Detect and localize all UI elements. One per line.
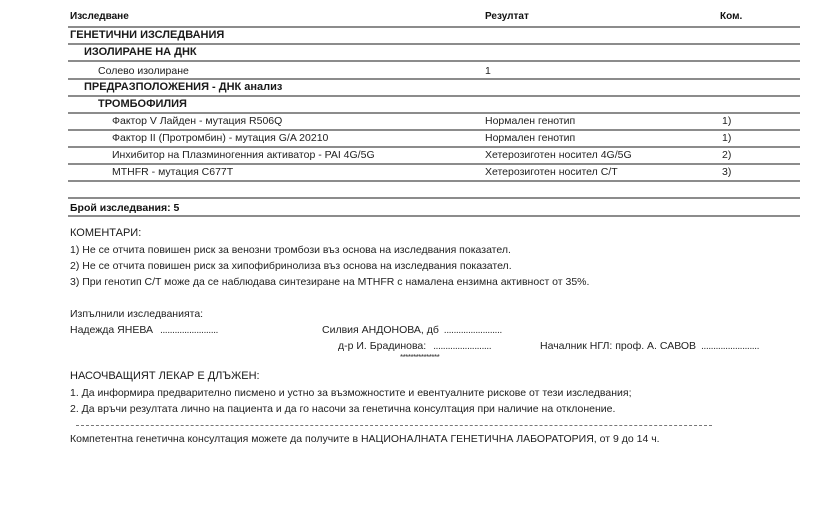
- table-row-result: 1: [485, 65, 491, 77]
- table-row-comment: 1): [722, 115, 731, 127]
- table-row-test: Фактор V Лайден - мутация R506Q: [112, 115, 282, 127]
- divider: [68, 112, 800, 114]
- comment-item: 1) Не се отчита повишен риск за венозни …: [70, 244, 511, 256]
- lab-head-name: Началник НГЛ: проф. А. САВОВ: [540, 340, 696, 352]
- table-row-subsection: ПРЕДРАЗПОЛОЖЕНИЯ - ДНК анализ: [84, 81, 282, 93]
- divider: [68, 129, 800, 131]
- doctor-item: 2. Да връчи резултата лично на пациента …: [70, 403, 615, 415]
- dashed-separator: [76, 425, 712, 426]
- table-row-comment: 1): [722, 132, 731, 144]
- divider: [68, 78, 800, 80]
- divider: [68, 163, 800, 165]
- table-row-section: ГЕНЕТИЧНИ ИЗСЛЕДВАНИЯ: [70, 29, 224, 41]
- table-row-test: Солево изолиране: [98, 65, 189, 77]
- table-row-result: Нормален генотип: [485, 115, 575, 127]
- signature-line: ........................: [433, 340, 491, 352]
- divider: [68, 95, 800, 97]
- signature-line: ........................: [444, 324, 502, 336]
- divider: [68, 43, 800, 45]
- test-count: Брой изследвания: 5: [70, 202, 179, 214]
- divider: [68, 180, 800, 182]
- table-row-comment: 3): [722, 166, 731, 178]
- table-row-test: Инхибитор на Плазминогенния активатор - …: [112, 149, 375, 161]
- divider: [68, 26, 800, 28]
- table-row-result: Нормален генотип: [485, 132, 575, 144]
- column-header-test: Изследване: [70, 11, 129, 22]
- doctor-item: 1. Да информира предварително писмено и …: [70, 387, 631, 399]
- signature-line: ........................: [160, 324, 218, 336]
- divider: [68, 197, 800, 199]
- performers-title: Изпълнили изследванията:: [70, 308, 203, 320]
- performer-name: Силвия АНДОНОВА, дб: [322, 324, 439, 336]
- table-row-result: Хетерозиготен носител C/T: [485, 166, 618, 178]
- signature-line: ........................: [701, 340, 759, 352]
- doctor-title: НАСОЧВАЩИЯТ ЛЕКАР Е ДЛЪЖЕН:: [70, 370, 260, 382]
- comments-title: КОМЕНТАРИ:: [70, 227, 141, 239]
- divider: [68, 60, 800, 62]
- performer-name: д-р И. Брадинова:: [338, 340, 426, 352]
- table-row-group: ТРОМБОФИЛИЯ: [98, 98, 187, 110]
- table-row-result: Хетерозиготен носител 4G/5G: [485, 149, 632, 161]
- table-row-test: MTHFR - мутация C677T: [112, 166, 233, 178]
- stars-separator: ***************: [400, 353, 439, 362]
- table-row-subsection: ИЗОЛИРАНЕ НА ДНК: [84, 46, 197, 58]
- divider: [68, 146, 800, 148]
- footer-note: Компетентна генетична консултация можете…: [70, 433, 660, 445]
- performer-name: Надежда ЯНЕВА: [70, 324, 153, 336]
- table-row-test: Фактор II (Протромбин) - мутация G/A 202…: [112, 132, 328, 144]
- divider: [68, 215, 800, 217]
- column-header-result: Резултат: [485, 11, 529, 22]
- column-header-comment: Ком.: [720, 11, 742, 22]
- comment-item: 3) При генотип C/T може да се наблюдава …: [70, 276, 589, 288]
- table-row-comment: 2): [722, 149, 731, 161]
- comment-item: 2) Не се отчита повишен риск за хипофибр…: [70, 260, 512, 272]
